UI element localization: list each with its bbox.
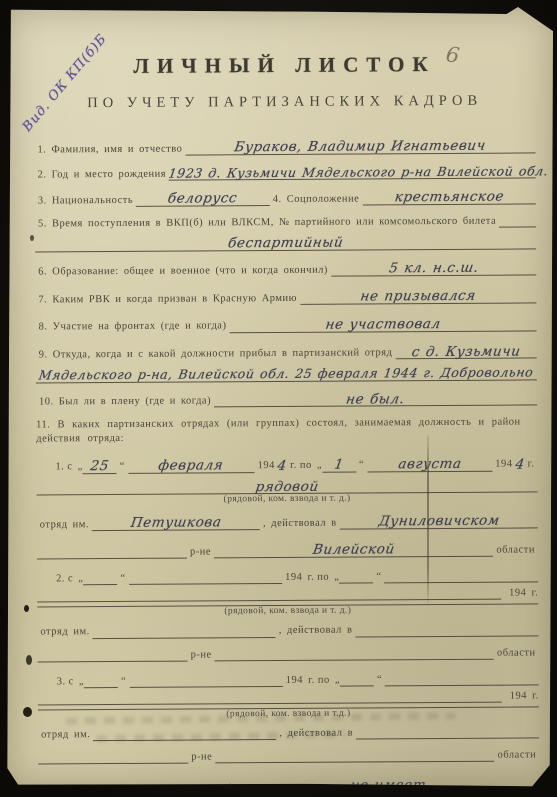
entry2-oblast-label: области [497,646,536,659]
entry1-to-prefix: по „ [300,459,322,472]
field-birth: 2. Год и место рождения 1923 д. Кузьмичи… [35,161,536,181]
entry3-month-to-line [385,684,539,686]
entry2-day-from-line [83,584,117,585]
entry2-month-to-line [385,582,539,584]
field-arrival-line1: с д. Кузьмичи [395,341,536,360]
entry2-year-to-row: 194 г. [37,587,538,603]
field-birth-line: 1923 д. Кузьмичи Мядельского р-на Вилейс… [169,161,536,180]
document-page: Вид. ОК КП(б)Б 6 ЛИЧНЫЙ ЛИСТОК ПО УЧЕТУ … [6,7,553,787]
entry2-region-row: р-не области [38,646,539,662]
entry2-to-prefix: по „ [317,571,339,584]
field-party-value: беспартийный [227,235,345,253]
entry1-day-to: 1 [333,456,345,473]
field-education-label: 6. Образование: общее и военное (что и к… [38,263,328,278]
entry1-year-from-hw: 4 [277,458,289,475]
entry3-year-to: 194 г. [510,689,539,702]
entry2-area-line [355,635,538,637]
field-arrival-label: 9. Откуда, когда и с какой должности при… [39,347,393,362]
field-arrival-row2: Мядельского р-на, Вилейской обл. 25 февр… [36,363,537,383]
entry2-quote: “ [120,572,125,585]
field-captivity-line: не был. [214,388,537,408]
field-rvk-line: не призывался [300,285,536,304]
field-social-label: 4. Соцположение [273,192,360,206]
entry1-year-to-hw: 4 [514,456,526,473]
entry3-blank-line2 [38,763,188,765]
field-arrival-row1: 9. Откуда, когда и с какой должности при… [36,341,537,362]
field-education-line: 5 кл. н.с.ш. [331,257,536,276]
entry3-region-row: р-не области [38,748,539,764]
entry2-month-from-line [129,583,283,585]
field-rvk-value: не призывался [359,288,477,306]
entry2-from-prefix: с „ [68,572,84,585]
field-wounds-line: не имеет [236,775,539,795]
entry2-region-line [215,658,494,661]
entry3-quote: “ [121,675,126,688]
field-party-short-line [499,226,536,227]
entry3-area-line [356,737,539,739]
entry1-role-row: рядовой [36,475,537,496]
entry1-unit-label: отряд им. [40,518,89,531]
scan-background: Вид. ОК КП(б)Б 6 ЛИЧНЫЙ ЛИСТОК ПО УЧЕТУ … [0,0,557,797]
field-name: 1. Фамилия, имя и отчество Бураков, Влад… [34,135,535,156]
entry3-region-line [215,761,494,764]
field-nationality-value: белорусс [167,190,239,207]
field-arrival-value1: с д. Кузьмичи [410,343,521,361]
entry3-unit-row: отряд им. , действовал в [38,725,539,741]
entry1-quote2: “ [359,459,364,472]
field-units-label: 11. В каких партизанских отрядах (или гр… [36,416,537,446]
field-name-value: Бураков, Владимир Игнатьевич [234,138,488,156]
field-nationality-social: 3. Национальность белорусс 4. Соцположен… [35,186,536,207]
field-social-line: крестьянское [362,186,536,205]
entry1-region-line: Вилейской [214,539,493,559]
entry2-unit-line [93,637,276,639]
entry2-rne-label: р-не [191,648,212,661]
entry2-blank-line [37,599,501,603]
field-front-line: не участвовал [229,313,536,333]
entry3-year-from: 194 г. [286,673,315,686]
entry3-quote2: “ [377,673,382,686]
entry2-blank-line2 [38,660,188,662]
entry1-unit-line: Петушкова [92,513,260,532]
entry1-quote: “ [120,460,125,473]
field-education: 6. Образование: общее и военное (что и к… [35,257,536,278]
field-captivity-value: не был. [345,391,406,408]
entry3-unit-line [93,739,276,741]
entry1-region-row: р-не Вилейской области [37,539,538,560]
field-rvk-label: 7. Каким РВК и когда призван в Красную А… [38,291,297,306]
form-content: ЛИЧНЫЙ ЛИСТОК ПО УЧЕТУ ПАРТИЗАНСКИХ КАДР… [4,5,556,788]
field-party-label-row: 5. Время поступления в ВКП(б) или ВЛКСМ,… [35,214,536,230]
entry1-role-line: рядовой [36,475,537,496]
entry3-month-from-line [129,686,283,688]
entry2-day-to-line [339,583,373,584]
entry2-number: 2. [56,572,65,585]
field-front-label: 8. Участие на фронтах (где и когда) [39,320,227,334]
entry3-year-to-row: 194 г. [38,689,539,705]
entry1-month-to: августа [397,456,463,473]
entry3-rne-label: р-не [191,750,212,763]
field-wounds-label: 12. Ранения и контузии (где и когда) [41,781,233,795]
field-party-line: беспартийный [35,231,536,252]
field-education-value: 5 кл. н.с.ш. [388,260,480,277]
field-name-line: Бураков, Владимир Игнатьевич [185,135,535,155]
field-rvk: 7. Каким РВК и когда призван в Красную А… [35,285,536,306]
entry1-area-line: Дуниловичском [340,511,538,530]
entry3-oblast-label: области [498,748,537,761]
entry1-day-from: 25 [89,458,110,475]
field-party-label: 5. Время поступления в ВКП(б) или ВЛКСМ,… [38,215,496,231]
entry3-day-to-line [340,685,374,686]
field-party-value-row: беспартийный [35,231,536,252]
entry1-unit: Петушкова [129,515,222,532]
form-subtitle: ПО УЧЕТУ ПАРТИЗАНСКИХ КАДРОВ [34,92,535,112]
entry1-day-to-line: 1 [322,454,356,472]
entry1-blank-line [37,558,187,560]
field-wounds-value: не имеет [349,777,427,794]
field-captivity-label: 10. Был ли в плену (где и когда) [39,395,211,409]
entry1-area: Дуниловичском [377,513,500,531]
entry2-dates-row: 2. с „ “ 194 г. по „ “ [53,570,538,586]
entry1-year-from-g: г. [290,459,297,472]
entry3-unit-label: отряд им. [41,728,90,741]
entry3-from-prefix: с „ [69,675,85,688]
field-front-value: не участвовал [324,316,442,334]
entry1-month-from-line: февраля [128,455,255,474]
entry3-to-prefix: по „ [318,673,340,686]
form-title: ЛИЧНЫЙ ЛИСТОК [34,51,535,79]
field-captivity: 10. Был ли в плену (где и когда) не был. [36,388,537,409]
field-birth-label: 2. Год и место рождения [38,168,167,182]
field-arrival-value2: Мядельского р-на, Вилейской обл. 25 февр… [38,365,535,384]
entry1-rne-label: р-не [190,545,211,558]
entry1-from-prefix: с „ [67,461,83,474]
entry1-acted-label: , действовал в [263,517,337,531]
entry3-acted-label: , действовал в [279,726,353,740]
entry3-dates-row: 3. с „ “ 194 г. по „ “ [54,672,539,688]
entry1-role: рядовой [254,478,320,495]
entry1-year-to-printed: 194 [495,458,512,471]
field-nationality-line: белорусс [136,188,270,207]
field-social-value: крестьянское [393,189,505,207]
entry1-oblast-label: области [496,543,535,556]
field-nationality-label: 3. Национальность [38,194,133,208]
entry3-day-from-line [84,687,118,688]
entry1-year-from-printed: 194 [258,459,275,472]
field-wounds: 12. Ранения и контузии (где и когда) не … [38,775,539,796]
entry1-year-to-g: г. [528,458,535,471]
entry3-number: 3. [57,675,66,688]
entry2-unit-row: отряд им. , действовал в [37,623,538,639]
entry2-year-to: 194 г. [509,587,538,600]
entry1-number: 1. [55,461,64,474]
entry1-unit-row: отряд им. Петушкова , действовал в Дунил… [37,511,538,532]
entry2-acted-label: , действовал в [279,624,353,638]
field-arrival-line2: Мядельского р-на, Вилейской обл. 25 февр… [36,363,537,383]
entry1-month-from: февраля [158,457,225,474]
entry3-blank-line [38,702,502,706]
field-name-label: 1. Фамилия, имя и отчество [37,142,182,156]
field-birth-value: 1923 д. Кузьмичи Мядельского р-на Вилейс… [168,163,550,181]
entry1-day-from-line: 25 [83,456,117,474]
entry2-unit-label: отряд им. [40,626,89,639]
entry2-year-from: 194 г. [285,571,314,584]
entry1-region: Вилейской [311,542,395,559]
field-front: 8. Участие на фронтах (где и когда) не у… [36,313,537,334]
entry1-month-to-line: августа [367,453,492,472]
entry1-dates-row: 1. с „ 25 “ февраля 194 4 г. по „ 1 “ ав… [52,453,537,474]
entry2-quote2: “ [376,571,381,584]
